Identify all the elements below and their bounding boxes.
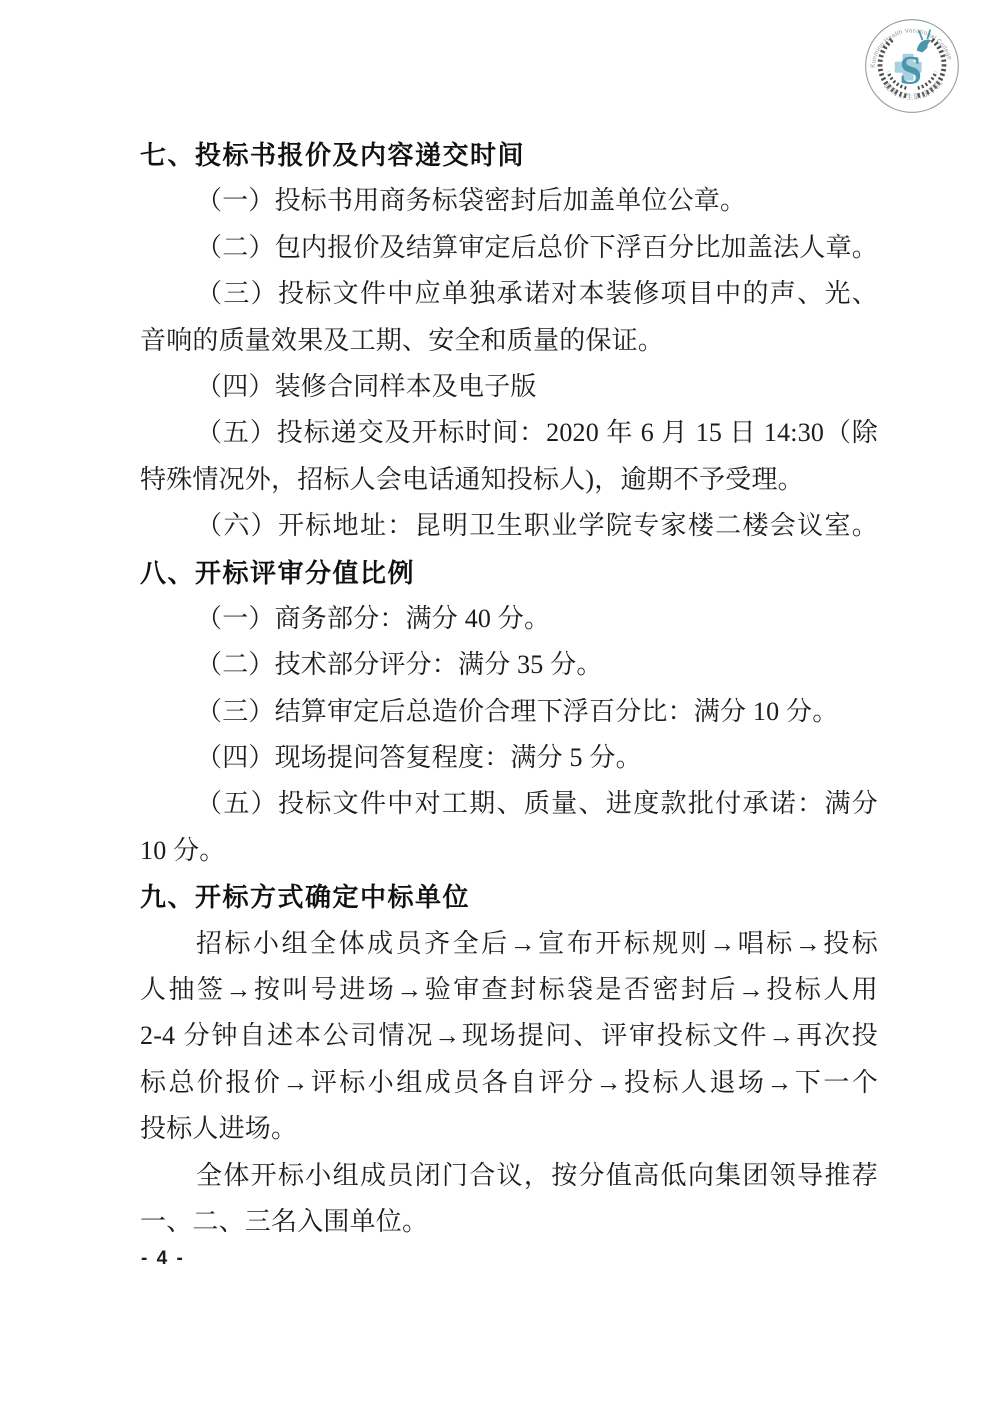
text-line: 投标人进场。 — [140, 1106, 878, 1152]
text-line: 标总价报价→评标小组成员各自评分→投标人退场→下一个 — [140, 1060, 878, 1106]
text-line: （二）技术部分评分：满分 35 分。 — [140, 642, 878, 688]
text-line: （五）投标递交及开标时间：2020 年 6 月 15 日 14:30（除 — [140, 410, 878, 456]
document-body: 七、投标书报价及内容递交时间 （一）投标书用商务标袋密封后加盖单位公章。 （二）… — [140, 132, 878, 1245]
document-page: Kunming Health Vocational College S 昆明卫生… — [0, 0, 991, 1403]
dragon-s-body: S — [900, 47, 922, 92]
text-line: （二）包内报价及结算审定后总价下浮百分比加盖法人章。 — [140, 225, 878, 271]
section-heading-8: 八、开标评审分值比例 — [140, 550, 878, 596]
text-line: （三）投标文件中应单独承诺对本装修项目中的声、光、 — [140, 271, 878, 317]
text-line: （四）装修合同样本及电子版 — [140, 364, 878, 410]
text-line: 2-4 分钟自述本公司情况→现场提问、评审投标文件→再次投 — [140, 1013, 878, 1059]
text-line: （五）投标文件中对工期、质量、进度款批付承诺：满分 — [140, 781, 878, 827]
text-line: 10 分。 — [140, 828, 878, 874]
text-line: （六）开标地址：昆明卫生职业学院专家楼二楼会议室。 — [140, 503, 878, 549]
section-heading-9: 九、开标方式确定中标单位 — [140, 874, 878, 920]
footer-page-number: - 4 - — [141, 1248, 185, 1270]
college-seal-logo: Kunming Health Vocational College S 昆明卫生… — [864, 18, 960, 114]
text-line: 人抽签→按叫号进场→验审查封标袋是否密封后→投标人用 — [140, 967, 878, 1013]
text-line: 特殊情况外，招标人会电话通知投标人)，逾期不予受理。 — [140, 457, 878, 503]
section-heading-7: 七、投标书报价及内容递交时间 — [140, 132, 878, 178]
text-line: （一）投标书用商务标袋密封后加盖单位公章。 — [140, 178, 878, 224]
text-line: 全体开标小组成员闭门合议，按分值高低向集团领导推荐 — [140, 1153, 878, 1199]
text-line: （三）结算审定后总造价合理下浮百分比：满分 10 分。 — [140, 689, 878, 735]
text-line: 音响的质量效果及工期、安全和质量的保证。 — [140, 318, 878, 364]
text-line: （一）商务部分：满分 40 分。 — [140, 596, 878, 642]
text-line: 一、二、三名入围单位。 — [140, 1199, 878, 1245]
text-line: 招标小组全体成员齐全后→宣布开标规则→唱标→投标 — [140, 921, 878, 967]
text-line: （四）现场提问答复程度：满分 5 分。 — [140, 735, 878, 781]
